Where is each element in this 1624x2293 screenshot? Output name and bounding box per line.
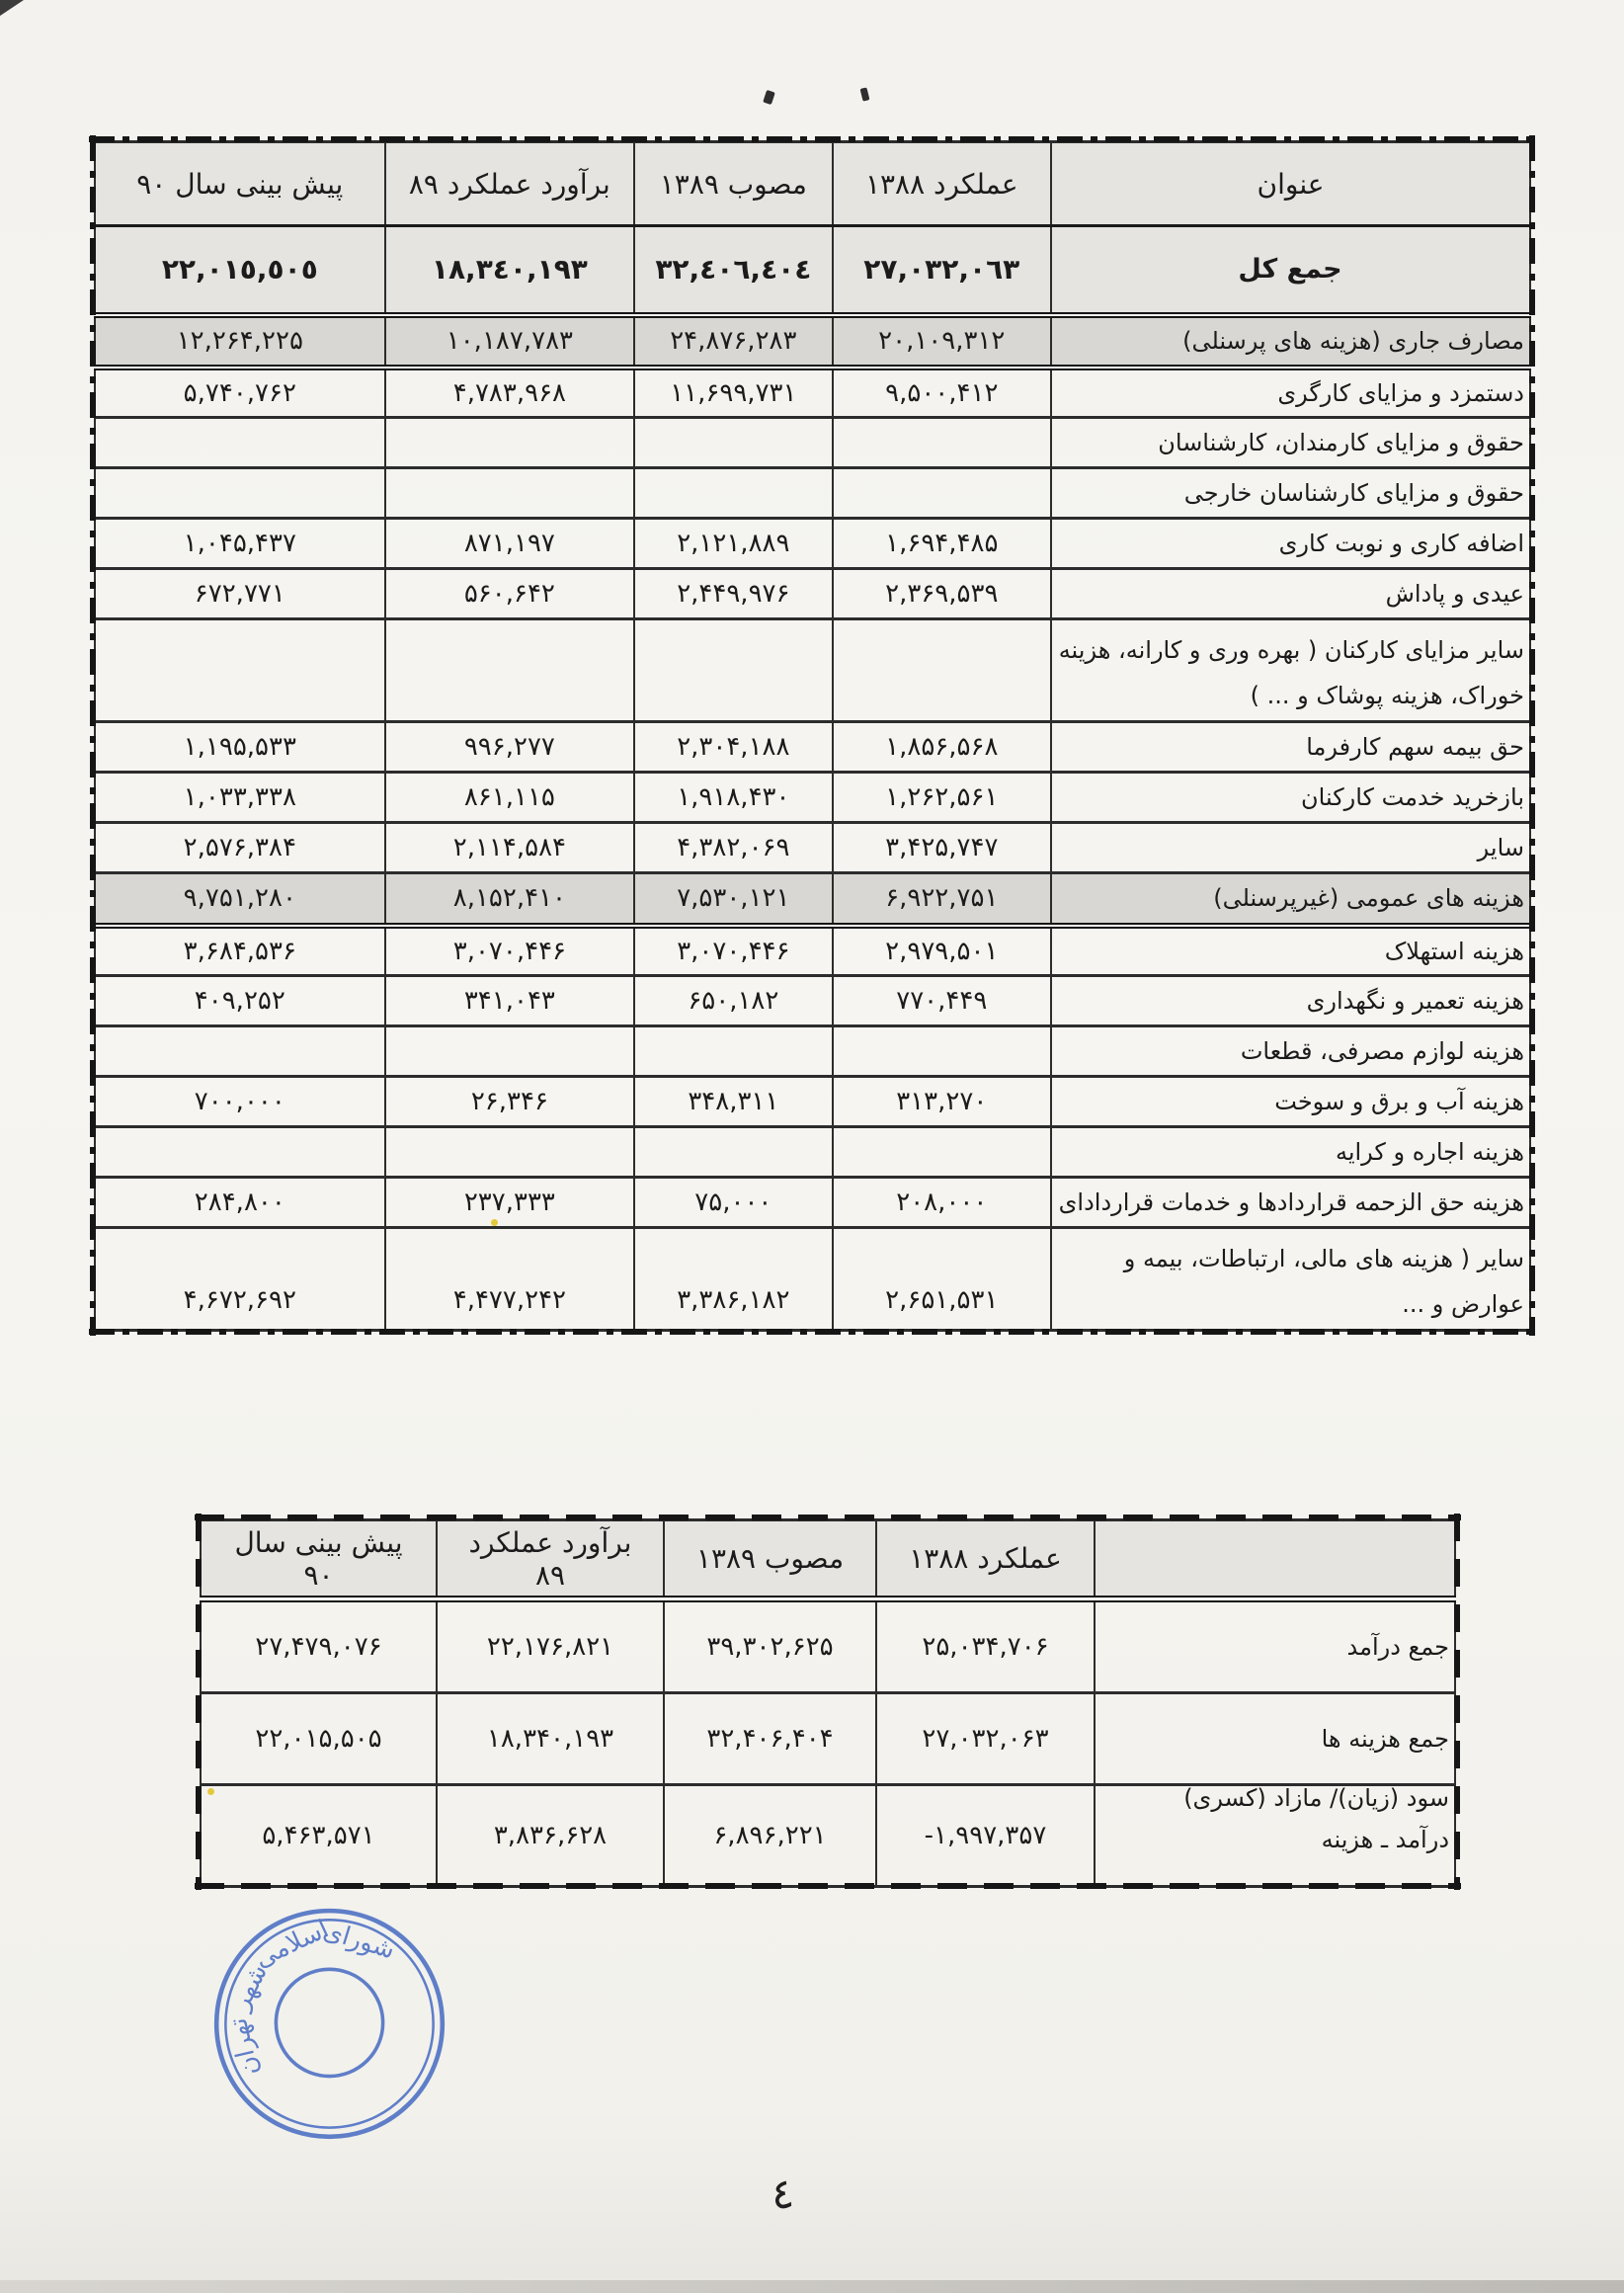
cell-forecast-90: ۷۰۰,۰۰۰ bbox=[95, 1077, 385, 1127]
col-header-empty bbox=[1095, 1520, 1455, 1599]
table-row: حق بیمه سهم کارفرما ۱,۸۵۶,۵۶۸ ۲,۳۰۴,۱۸۸ … bbox=[95, 722, 1530, 773]
cell-approved-1389 bbox=[634, 1026, 832, 1077]
cell-estimate-89: ۳۴۱,۰۴۳ bbox=[385, 976, 635, 1026]
row-label: هزینه اجاره و کرایه bbox=[1051, 1127, 1530, 1178]
table-row: حقوق و مزایای کارمندان، کارشناسان bbox=[95, 418, 1530, 468]
col-header-forecast-90: پیش بینی سال ۹۰ bbox=[95, 142, 385, 226]
cell-approved-1389: ۶۵۰,۱۸۲ bbox=[634, 976, 832, 1026]
table-row: هزینه حق الزحمه قراردادها و خدمات قراردا… bbox=[95, 1178, 1530, 1228]
summary-table-frame: عملکرد ۱۳۸۸ مصوب ۱۳۸۹ برآورد عملکرد ۸۹ پ… bbox=[200, 1518, 1456, 1885]
row-label: حقوق و مزایای کارمندان، کارشناسان bbox=[1051, 418, 1530, 468]
header-row: عملکرد ۱۳۸۸ مصوب ۱۳۸۹ برآورد عملکرد ۸۹ پ… bbox=[201, 1520, 1455, 1599]
cell-approved-1389: ۱,۹۱۸,۴۳۰ bbox=[634, 773, 832, 823]
col-header-approved-1389: مصوب ۱۳۸۹ bbox=[634, 142, 832, 226]
summary-table: عملکرد ۱۳۸۸ مصوب ۱۳۸۹ برآورد عملکرد ۸۹ پ… bbox=[200, 1518, 1456, 1888]
scan-edge-shadow bbox=[0, 2280, 1624, 2293]
cell-forecast-90 bbox=[95, 1026, 385, 1077]
table-border bbox=[196, 1514, 202, 1890]
cell-approved-1389: ۳۹,۳۰۲,۶۲۵ bbox=[664, 1599, 876, 1693]
table-row: هزینه استهلاک ۲,۹۷۹,۵۰۱ ۳,۰۷۰,۴۴۶ ۳,۰۷۰,… bbox=[95, 926, 1530, 976]
cell-estimate-89 bbox=[385, 619, 635, 722]
council-stamp: شورای اسلامی شهر تهران bbox=[208, 1905, 450, 2147]
table-border bbox=[1454, 1514, 1460, 1890]
cell-estimate-89: ۵۶۰,۶۴۲ bbox=[385, 569, 635, 619]
row-label: جمع کل bbox=[1051, 226, 1530, 315]
table-row: دستمزد و مزایای کارگری ۹,۵۰۰,۴۱۲ ۱۱,۶۹۹,… bbox=[95, 368, 1530, 418]
cell-perf-1388: ۱,۶۹۴,۴۸۵ bbox=[833, 519, 1051, 569]
cell-forecast-90: ۲۷,۴۷۹,۰۷۶ bbox=[201, 1599, 437, 1693]
table-row: سایر مزایای کارکنان ( بهره وری و کارانه،… bbox=[95, 619, 1530, 722]
cell-perf-1388: ۷۷۰,۴۴۹ bbox=[833, 976, 1051, 1026]
cell-estimate-89 bbox=[385, 418, 635, 468]
page-number: ٤ bbox=[741, 2166, 825, 2222]
cell-perf-1388 bbox=[833, 1127, 1051, 1178]
col-header-title: عنوان bbox=[1051, 142, 1530, 226]
table-border bbox=[1529, 135, 1535, 1336]
table-row: مصارف جاری (هزینه های پرسنلی) ۲۰,۱۰۹,۳۱۲… bbox=[95, 315, 1530, 368]
row-label: مصارف جاری (هزینه های پرسنلی) bbox=[1051, 315, 1530, 368]
table-row: حقوق و مزایای کارشناسان خارجی bbox=[95, 468, 1530, 519]
cell-approved-1389: ۳۲,۴۰۶,۴۰۴ bbox=[664, 1693, 876, 1785]
cell-estimate-89: ۲۲,۱۷۶,۸۲۱ bbox=[437, 1599, 664, 1693]
cell-perf-1388 bbox=[833, 1026, 1051, 1077]
table-row: عیدی و پاداش ۲,۳۶۹,۵۳۹ ۲,۴۴۹,۹۷۶ ۵۶۰,۶۴۲… bbox=[95, 569, 1530, 619]
cell-approved-1389: ۲,۱۲۱,۸۸۹ bbox=[634, 519, 832, 569]
cell-estimate-89: ۱۰,۱۸۷,۷۸۳ bbox=[385, 315, 635, 368]
cell-forecast-90: ۴۰۹,۲۵۲ bbox=[95, 976, 385, 1026]
cell-perf-1388: ۲۵,۰۳۴,۷۰۶ bbox=[876, 1599, 1095, 1693]
cell-perf-1388: ۶,۹۲۲,۷۵۱ bbox=[833, 873, 1051, 926]
cell-forecast-90: ۲۲,۰۱۵,۵۰۵ bbox=[201, 1693, 437, 1785]
row-label: هزینه های عمومی (غیرپرسنلی) bbox=[1051, 873, 1530, 926]
cell-approved-1389: ۲,۳۰۴,۱۸۸ bbox=[634, 722, 832, 773]
row-label: هزینه آب و برق و سوخت bbox=[1051, 1077, 1530, 1127]
col-header-estimate-89: برآورد عملکرد ۸۹ bbox=[385, 142, 635, 226]
row-label: دستمزد و مزایای کارگری bbox=[1051, 368, 1530, 418]
expenses-table-frame: عنوان عملکرد ۱۳۸۸ مصوب ۱۳۸۹ برآورد عملکر… bbox=[94, 140, 1531, 1331]
row-label: جمع هزینه ها bbox=[1095, 1693, 1455, 1785]
cell-approved-1389 bbox=[634, 619, 832, 722]
cell-forecast-90: ۹,۷۵۱,۲۸۰ bbox=[95, 873, 385, 926]
cell-estimate-89 bbox=[385, 1127, 635, 1178]
cell-approved-1389: ۴,۳۸۲,۰۶۹ bbox=[634, 823, 832, 873]
cell-perf-1388: ۱,۲۶۲,۵۶۱ bbox=[833, 773, 1051, 823]
table-row: سایر ۳,۴۲۵,۷۴۷ ۴,۳۸۲,۰۶۹ ۲,۱۱۴,۵۸۴ ۲,۵۷۶… bbox=[95, 823, 1530, 873]
cell-forecast-90: ۱,۰۳۳,۳۳۸ bbox=[95, 773, 385, 823]
cell-estimate-89: ۲۳۷,۳۳۳ bbox=[385, 1178, 635, 1228]
cell-forecast-90: ۵,۴۶۳,۵۷۱ bbox=[201, 1785, 437, 1887]
table-row: هزینه آب و برق و سوخت ۳۱۳,۲۷۰ ۳۴۸,۳۱۱ ۲۶… bbox=[95, 1077, 1530, 1127]
col-header-approved-1389: مصوب ۱۳۸۹ bbox=[664, 1520, 876, 1599]
cell-estimate-89 bbox=[385, 1026, 635, 1077]
cell-forecast-90: ٢٢,٠١٥,٥٠٥ bbox=[95, 226, 385, 315]
table-border bbox=[195, 1515, 1461, 1520]
cell-approved-1389 bbox=[634, 1127, 832, 1178]
svg-text:تهران: تهران bbox=[223, 2015, 265, 2079]
row-label: اضافه کاری و نوبت کاری bbox=[1051, 519, 1530, 569]
cell-estimate-89: ۱۸,۳۴۰,۱۹۳ bbox=[437, 1693, 664, 1785]
cell-approved-1389: ۱۱,۶۹۹,۷۳۱ bbox=[634, 368, 832, 418]
cell-approved-1389: ۶,۸۹۶,۲۲۱ bbox=[664, 1785, 876, 1887]
col-header-forecast-90: پیش بینی سال ۹۰ bbox=[201, 1520, 437, 1599]
cell-forecast-90: ۴,۶۷۲,۶۹۲ bbox=[95, 1228, 385, 1331]
cell-estimate-89: ۲۶,۳۴۶ bbox=[385, 1077, 635, 1127]
cell-forecast-90 bbox=[95, 418, 385, 468]
cell-approved-1389: ۲,۴۴۹,۹۷۶ bbox=[634, 569, 832, 619]
cell-forecast-90: ۶۷۲,۷۷۱ bbox=[95, 569, 385, 619]
row-label: حقوق و مزایای کارشناسان خارجی bbox=[1051, 468, 1530, 519]
cell-forecast-90 bbox=[95, 619, 385, 722]
cell-perf-1388: ۹,۵۰۰,۴۱۲ bbox=[833, 368, 1051, 418]
cell-approved-1389 bbox=[634, 468, 832, 519]
row-label: سایر bbox=[1051, 823, 1530, 873]
cell-perf-1388: ٢٧,٠٣٢,٠٦٣ bbox=[833, 226, 1051, 315]
scan-corner-artifact bbox=[0, 0, 24, 16]
table-row: جمع کل ٢٧,٠٣٢,٠٦٣ ٣٢,٤٠٦,٤٠٤ ١٨,٣٤٠,١٩٣ … bbox=[95, 226, 1530, 315]
table-row: سایر ( هزینه های مالی، ارتباطات، بیمه وع… bbox=[95, 1228, 1530, 1331]
col-header-estimate-89: برآورد عملکرد ۸۹ bbox=[437, 1520, 664, 1599]
row-label: سایر مزایای کارکنان ( بهره وری و کارانه،… bbox=[1051, 619, 1530, 722]
cell-forecast-90: ۲۸۴,۸۰۰ bbox=[95, 1178, 385, 1228]
row-label: حق بیمه سهم کارفرما bbox=[1051, 722, 1530, 773]
cell-estimate-89: ۸۶۱,۱۱۵ bbox=[385, 773, 635, 823]
cell-perf-1388 bbox=[833, 619, 1051, 722]
cell-estimate-89: ۴,۴۷۷,۲۴۲ bbox=[385, 1228, 635, 1331]
cell-perf-1388: ۳,۴۲۵,۷۴۷ bbox=[833, 823, 1051, 873]
cell-perf-1388: ۲,۶۵۱,۵۳۱ bbox=[833, 1228, 1051, 1331]
table-row: جمع درآمد ۲۵,۰۳۴,۷۰۶ ۳۹,۳۰۲,۶۲۵ ۲۲,۱۷۶,۸… bbox=[201, 1599, 1455, 1693]
table-row: جمع هزینه ها ۲۷,۰۳۲,۰۶۳ ۳۲,۴۰۶,۴۰۴ ۱۸,۳۴… bbox=[201, 1693, 1455, 1785]
row-label: عیدی و پاداش bbox=[1051, 569, 1530, 619]
cell-perf-1388: ۱,۸۵۶,۵۶۸ bbox=[833, 722, 1051, 773]
cell-forecast-90: ۲,۵۷۶,۳۸۴ bbox=[95, 823, 385, 873]
ink-speck bbox=[763, 90, 775, 105]
table-border bbox=[89, 136, 1536, 142]
cell-perf-1388: ۳۱۳,۲۷۰ bbox=[833, 1077, 1051, 1127]
table-row: اضافه کاری و نوبت کاری ۱,۶۹۴,۴۸۵ ۲,۱۲۱,۸… bbox=[95, 519, 1530, 569]
cell-estimate-89: ۸۷۱,۱۹۷ bbox=[385, 519, 635, 569]
cell-approved-1389: ۷۵,۰۰۰ bbox=[634, 1178, 832, 1228]
cell-estimate-89: ۴,۷۸۳,۹۶۸ bbox=[385, 368, 635, 418]
cell-estimate-89: ۲,۱۱۴,۵۸۴ bbox=[385, 823, 635, 873]
ink-speck bbox=[860, 87, 870, 101]
cell-estimate-89: ۳,۸۳۶,۶۲۸ bbox=[437, 1785, 664, 1887]
cell-estimate-89 bbox=[385, 468, 635, 519]
table-row: هزینه اجاره و کرایه bbox=[95, 1127, 1530, 1178]
table-row: سود (زیان)/ مازاد (کسری)درآمد ـ هزینه -۱… bbox=[201, 1785, 1455, 1887]
row-label: هزینه تعمیر و نگهداری bbox=[1051, 976, 1530, 1026]
cell-approved-1389: ۳,۳۸۶,۱۸۲ bbox=[634, 1228, 832, 1331]
cell-estimate-89: ۹۹۶,۲۷۷ bbox=[385, 722, 635, 773]
cell-forecast-90: ۵,۷۴۰,۷۶۲ bbox=[95, 368, 385, 418]
table-border bbox=[195, 1883, 1461, 1889]
table-row: هزینه های عمومی (غیرپرسنلی) ۶,۹۲۲,۷۵۱ ۷,… bbox=[95, 873, 1530, 926]
cell-forecast-90: ۱,۰۴۵,۴۳۷ bbox=[95, 519, 385, 569]
cell-approved-1389: ۳۴۸,۳۱۱ bbox=[634, 1077, 832, 1127]
col-header-perf-1388: عملکرد ۱۳۸۸ bbox=[876, 1520, 1095, 1599]
row-label: جمع درآمد bbox=[1095, 1599, 1455, 1693]
cell-perf-1388: ۲۷,۰۳۲,۰۶۳ bbox=[876, 1693, 1095, 1785]
expenses-table: عنوان عملکرد ۱۳۸۸ مصوب ۱۳۸۹ برآورد عملکر… bbox=[94, 140, 1531, 1332]
cell-forecast-90: ۱,۱۹۵,۵۳۳ bbox=[95, 722, 385, 773]
cell-perf-1388: ۲۰,۱۰۹,۳۱۲ bbox=[833, 315, 1051, 368]
cell-forecast-90 bbox=[95, 1127, 385, 1178]
row-label: هزینه لوازم مصرفی، قطعات bbox=[1051, 1026, 1530, 1077]
cell-approved-1389: ۲۴,۸۷۶,۲۸۳ bbox=[634, 315, 832, 368]
cell-perf-1388 bbox=[833, 418, 1051, 468]
cell-forecast-90 bbox=[95, 468, 385, 519]
table-border bbox=[90, 135, 96, 1336]
scanned-budget-page: عنوان عملکرد ۱۳۸۸ مصوب ۱۳۸۹ برآورد عملکر… bbox=[0, 0, 1624, 2293]
cell-estimate-89: ۳,۰۷۰,۴۴۶ bbox=[385, 926, 635, 976]
row-label: سود (زیان)/ مازاد (کسری)درآمد ـ هزینه bbox=[1095, 1785, 1455, 1887]
table-row: هزینه تعمیر و نگهداری ۷۷۰,۴۴۹ ۶۵۰,۱۸۲ ۳۴… bbox=[95, 976, 1530, 1026]
cell-estimate-89: ١٨,٣٤٠,١٩٣ bbox=[385, 226, 635, 315]
cell-forecast-90: ۱۲,۲۶۴,۲۲۵ bbox=[95, 315, 385, 368]
cell-estimate-89: ۸,۱۵۲,۴۱۰ bbox=[385, 873, 635, 926]
cell-perf-1388: ۲,۳۶۹,۵۳۹ bbox=[833, 569, 1051, 619]
row-label: سایر ( هزینه های مالی، ارتباطات، بیمه وع… bbox=[1051, 1228, 1530, 1331]
svg-text:اسلامی: اسلامی bbox=[250, 1914, 333, 1973]
table-row: هزینه لوازم مصرفی، قطعات bbox=[95, 1026, 1530, 1077]
col-header-perf-1388: عملکرد ۱۳۸۸ bbox=[833, 142, 1051, 226]
cell-forecast-90: ۳,۶۸۴,۵۳۶ bbox=[95, 926, 385, 976]
cell-approved-1389: ۷,۵۳۰,۱۲۱ bbox=[634, 873, 832, 926]
row-label: هزینه حق الزحمه قراردادها و خدمات قراردا… bbox=[1051, 1178, 1530, 1228]
cell-perf-1388 bbox=[833, 468, 1051, 519]
table-border bbox=[89, 1329, 1536, 1335]
table-row: بازخرید خدمت کارکنان ۱,۲۶۲,۵۶۱ ۱,۹۱۸,۴۳۰… bbox=[95, 773, 1530, 823]
cell-perf-1388: ۲۰۸,۰۰۰ bbox=[833, 1178, 1051, 1228]
cell-approved-1389: ۳,۰۷۰,۴۴۶ bbox=[634, 926, 832, 976]
cell-approved-1389: ٣٢,٤٠٦,٤٠٤ bbox=[634, 226, 832, 315]
cell-perf-1388: -۱,۹۹۷,۳۵۷ bbox=[876, 1785, 1095, 1887]
row-label: بازخرید خدمت کارکنان bbox=[1051, 773, 1530, 823]
header-row: عنوان عملکرد ۱۳۸۸ مصوب ۱۳۸۹ برآورد عملکر… bbox=[95, 142, 1530, 226]
cell-approved-1389 bbox=[634, 418, 832, 468]
cell-perf-1388: ۲,۹۷۹,۵۰۱ bbox=[833, 926, 1051, 976]
row-label: هزینه استهلاک bbox=[1051, 926, 1530, 976]
